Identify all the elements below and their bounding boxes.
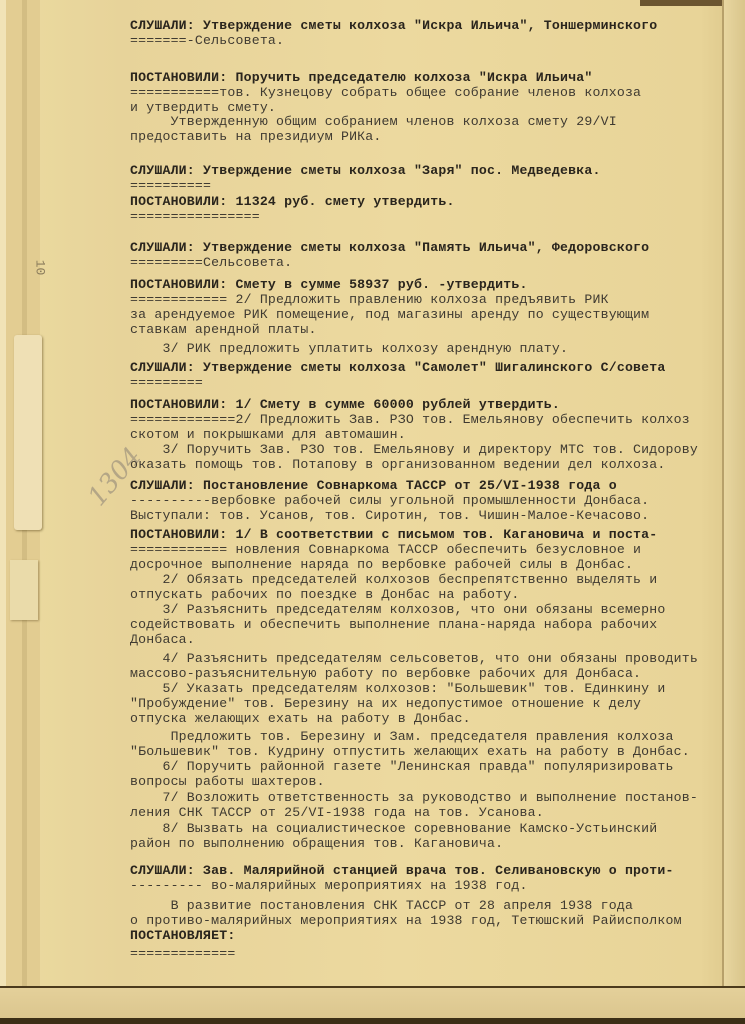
text-line: ПОСТАНОВЛЯЕТ: [130,928,235,943]
text-line: 3/ Разъяснить председателям колхозов, чт… [130,602,666,617]
text-line: "Большевик" тов. Кудрину отпустить желаю… [130,744,690,759]
text-line: СЛУШАЛИ: Утверждение сметы колхоза "Заря… [130,163,601,178]
text-line: ПОСТАНОВИЛИ: 11324 руб. смету утвердить. [130,194,455,209]
text-line: ПОСТАНОВИЛИ: 1/ Смету в сумме 60000 рубл… [130,397,560,412]
text-line: содействовать и обеспечить выполнение пл… [130,617,657,632]
text-line: СЛУШАЛИ: Зав. Малярийной станцией врача … [130,863,674,878]
text-line: ============ 2/ Предложить правлению кол… [130,292,609,307]
text-line: 5/ Указать председателям колхозов: "Боль… [130,681,666,696]
text-line: 6/ Поручить районной газете "Ленинская п… [130,759,674,774]
text-line: --------- во-малярийных мероприятиях на … [130,878,528,893]
text-line: ПОСТАНОВИЛИ: Смету в сумме 58937 руб. -у… [130,277,528,292]
text-line: СЛУШАЛИ: Утверждение сметы колхоза "Искр… [130,18,657,33]
text-line: В развитие постановления СНК ТАССР от 28… [130,898,633,913]
text-line: ----------вербовке рабочей силы угольной… [130,493,649,508]
text-line: и утвердить смету. [130,100,276,115]
text-line: о противо-малярийных мероприятиях на 193… [130,913,682,928]
text-line: 8/ Вызвать на социалистическое соревнова… [130,821,657,836]
repair-tape [14,335,42,530]
repair-tape [10,560,38,620]
text-line: =======-Сельсовета. [130,33,284,48]
text-line: Предложить тов. Березину и Зам. председа… [130,729,674,744]
text-line: ===========тов. Кузнецову собрать общее … [130,85,641,100]
text-line: ставкам арендной платы. [130,322,317,337]
text-line: за арендуемое РИК помещение, под магазин… [130,307,649,322]
text-line: Донбаса. [130,632,195,647]
text-line: досрочное выполнение наряда по вербовке … [130,557,633,572]
text-line: СЛУШАЛИ: Утверждение сметы колхоза "Само… [130,360,666,375]
document-page: 10 1304 СЛУШАЛИ: Утверждение сметы колхо… [0,0,745,1024]
text-line: ПОСТАНОВИЛИ: 1/ В соответствии с письмом… [130,527,657,542]
text-line: ========== [130,178,211,193]
bottom-fold [0,986,745,1024]
text-line: ПОСТАНОВИЛИ: Поручить председателю колхо… [130,70,593,85]
text-line: предоставить на президиум РИКа. [130,129,382,144]
margin-number: 10 [32,260,47,276]
text-line: оказать помощь тов. Потапову в организов… [130,457,666,472]
text-line: ============= [130,946,235,961]
text-line: 3/ Поручить Зав. РЗО тов. Емельянову и д… [130,442,698,457]
text-line: отпуска желающих ехать на работу в Донба… [130,711,471,726]
text-line: СЛУШАЛИ: Постановление Совнаркома ТАССР … [130,478,617,493]
text-line: 2/ Обязать председателей колхозов беспре… [130,572,657,587]
text-line: 4/ Разъяснить председателям сельсоветов,… [130,651,698,666]
text-line: 3/ РИК предложить уплатить колхозу аренд… [130,341,568,356]
text-line: вопросы работы шахтеров. [130,774,325,789]
text-line: ================ [130,209,260,224]
text-line: район по выполнению обращения тов. Каган… [130,836,503,851]
text-line: ления СНК ТАССР от 25/VI-1938 года на то… [130,805,544,820]
text-line: Утвержденную общим собранием членов колх… [130,114,617,129]
text-line: =============2/ Предложить Зав. РЗО тов.… [130,412,690,427]
text-line: "Пробуждение" тов. Березину на их недопу… [130,696,641,711]
text-line: Выступали: тов. Усанов, тов. Сиротин, то… [130,508,649,523]
text-line: отпускать рабочих по поездке в Донбас на… [130,587,519,602]
text-line: =========Сельсовета. [130,255,292,270]
text-line: скотом и покрышками для автомашин. [130,427,406,442]
text-line: массово-разъяснительную работу по вербов… [130,666,641,681]
text-line: ============ новления Совнаркома ТАССР о… [130,542,641,557]
text-line: СЛУШАЛИ: Утверждение сметы колхоза "Памя… [130,240,649,255]
text-line: 7/ Возложить ответственность за руководс… [130,790,698,805]
text-line: ========= [130,375,203,390]
next-page-edge [724,0,745,1024]
